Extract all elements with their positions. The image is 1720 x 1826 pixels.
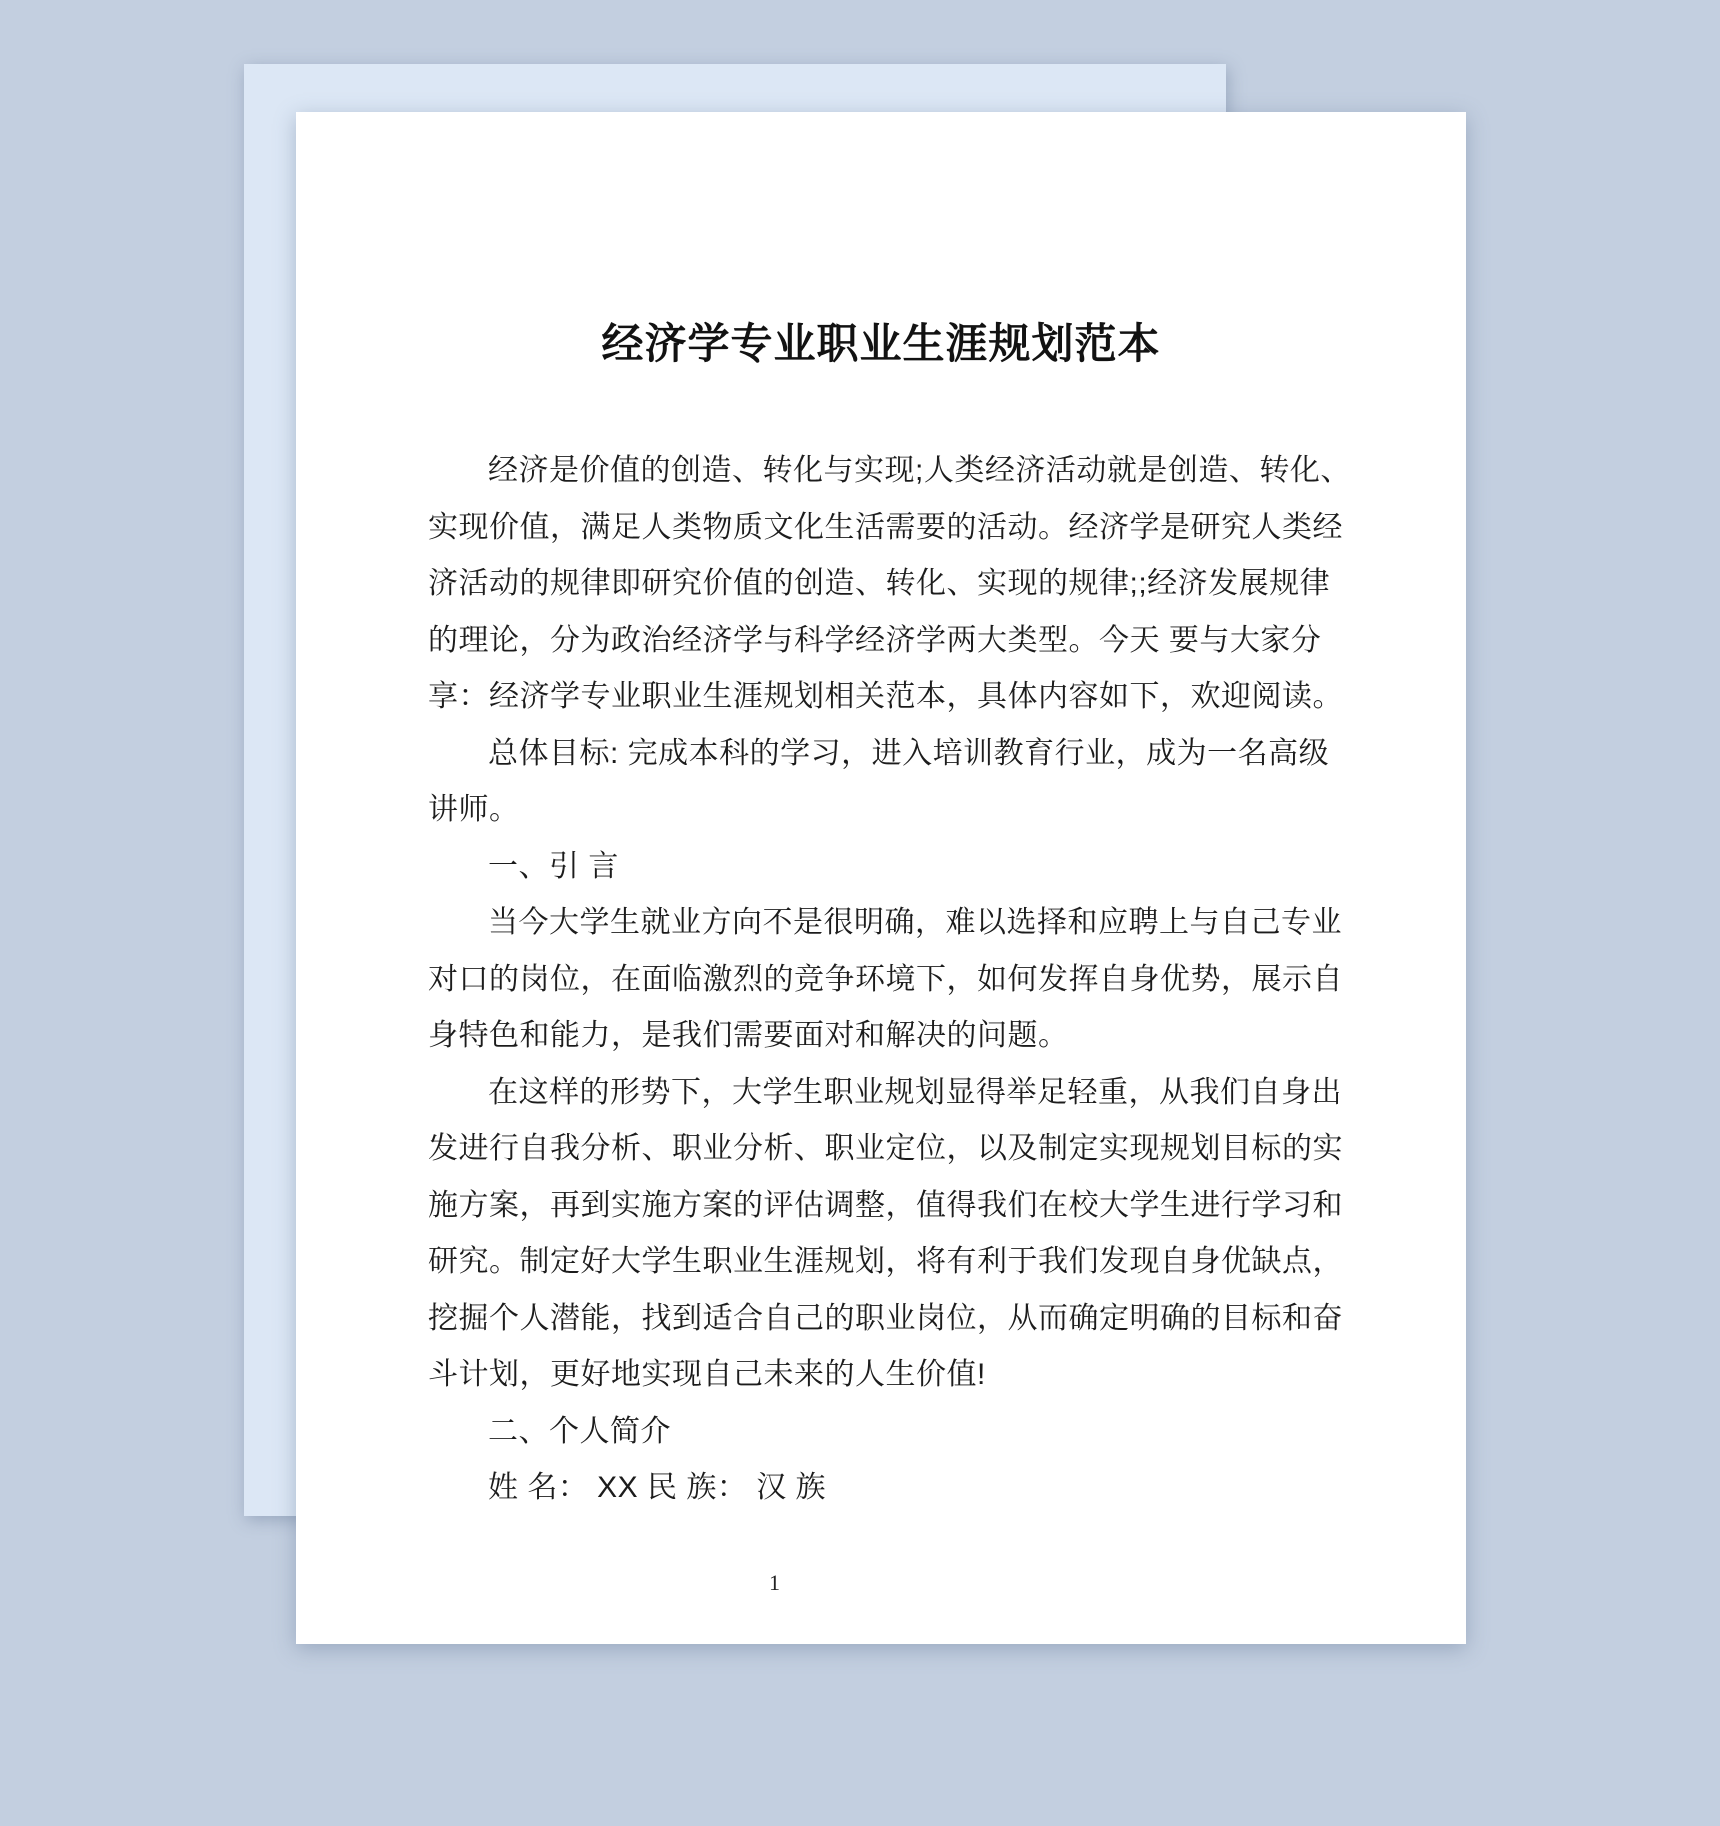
text-line: 讲师。	[428, 782, 1330, 839]
text-line: 二、个人简介	[428, 1404, 1330, 1461]
text-line: 的理论，分为政治经济学与科学经济学两大类型。今天 要与大家分	[428, 613, 1330, 670]
desktop-canvas: 经济学专业职业生涯规划范本 经济是价值的创造、转化与实现;人类经济活动就是创造、…	[0, 0, 1720, 1826]
text-line: 身特色和能力，是我们需要面对和解决的问题。	[428, 1008, 1330, 1065]
paragraph: 经济是价值的创造、转化与实现;人类经济活动就是创造、转化、实现价值，满足人类物质…	[428, 443, 1330, 726]
paragraph: 姓 名： XX 民 族： 汉 族	[428, 1460, 1330, 1517]
text-line: 发进行自我分析、职业分析、职业定位，以及制定实现规划目标的实	[428, 1121, 1330, 1178]
text-line: 当今大学生就业方向不是很明确，难以选择和应聘上与自己专业	[428, 895, 1330, 952]
section-heading: 二、个人简介	[428, 1404, 1330, 1461]
paragraph: 总体目标: 完成本科的学习，进入培训教育行业，成为一名高级讲师。	[428, 726, 1330, 839]
text-line: 对口的岗位，在面临激烈的竞争环境下，如何发挥自身优势，展示自	[428, 952, 1330, 1009]
text-line: 斗计划，更好地实现自己未来的人生价值!	[428, 1347, 1330, 1404]
text-line: 挖掘个人潜能，找到适合自己的职业岗位，从而确定明确的目标和奋	[428, 1291, 1330, 1348]
text-line: 在这样的形势下，大学生职业规划显得举足轻重，从我们自身出	[428, 1065, 1330, 1122]
page-number: 1	[769, 1570, 780, 1596]
text-line: 济活动的规律即研究价值的创造、转化、实现的规律;;经济发展规律	[428, 556, 1330, 613]
paragraph: 在这样的形势下，大学生职业规划显得举足轻重，从我们自身出发进行自我分析、职业分析…	[428, 1065, 1330, 1404]
text-line: 研究。制定好大学生职业生涯规划，将有利于我们发现自身优缺点，	[428, 1234, 1330, 1291]
text-line: 施方案，再到实施方案的评估调整，值得我们在校大学生进行学习和	[428, 1178, 1330, 1235]
text-line: 享：经济学专业职业生涯规划相关范本，具体内容如下，欢迎阅读。	[428, 669, 1330, 726]
text-line: 总体目标: 完成本科的学习，进入培训教育行业，成为一名高级	[428, 726, 1330, 783]
text-line: 姓 名： XX 民 族： 汉 族	[428, 1460, 1330, 1517]
section-heading: 一、引 言	[428, 839, 1330, 896]
document-body: 经济是价值的创造、转化与实现;人类经济活动就是创造、转化、实现价值，满足人类物质…	[428, 443, 1330, 1517]
document-page: 经济学专业职业生涯规划范本 经济是价值的创造、转化与实现;人类经济活动就是创造、…	[296, 112, 1466, 1644]
text-line: 实现价值，满足人类物质文化生活需要的活动。经济学是研究人类经	[428, 500, 1330, 557]
text-line: 经济是价值的创造、转化与实现;人类经济活动就是创造、转化、	[428, 443, 1330, 500]
paragraph: 当今大学生就业方向不是很明确，难以选择和应聘上与自己专业对口的岗位，在面临激烈的…	[428, 895, 1330, 1065]
document-title: 经济学专业职业生涯规划范本	[296, 318, 1466, 370]
text-line: 一、引 言	[428, 839, 1330, 896]
